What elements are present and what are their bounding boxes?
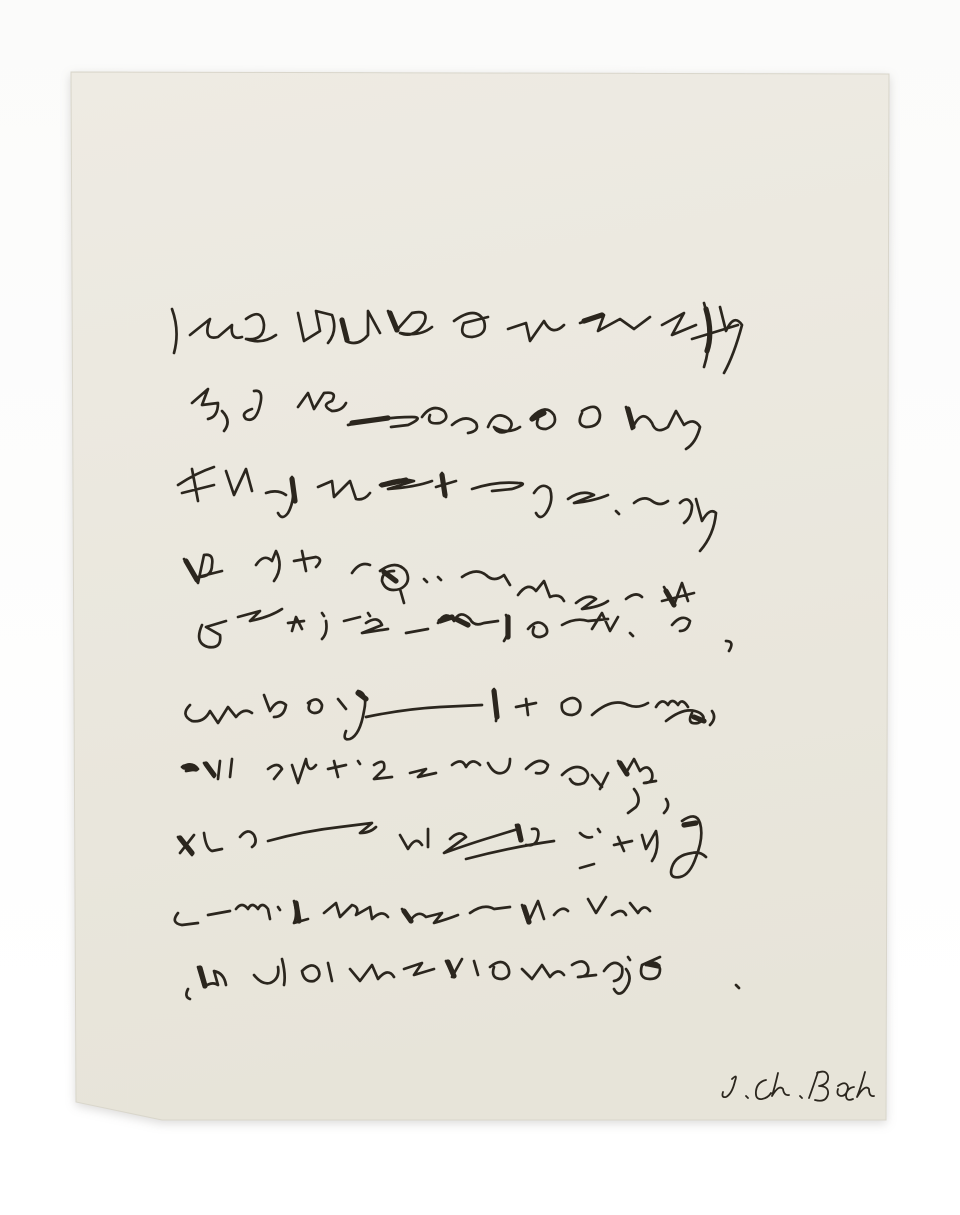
paper-sheet [71,72,889,1120]
manuscript-photo-canvas [0,0,960,1215]
paper-sheet-shadow [71,72,889,1120]
artwork-photograph [0,0,960,1215]
